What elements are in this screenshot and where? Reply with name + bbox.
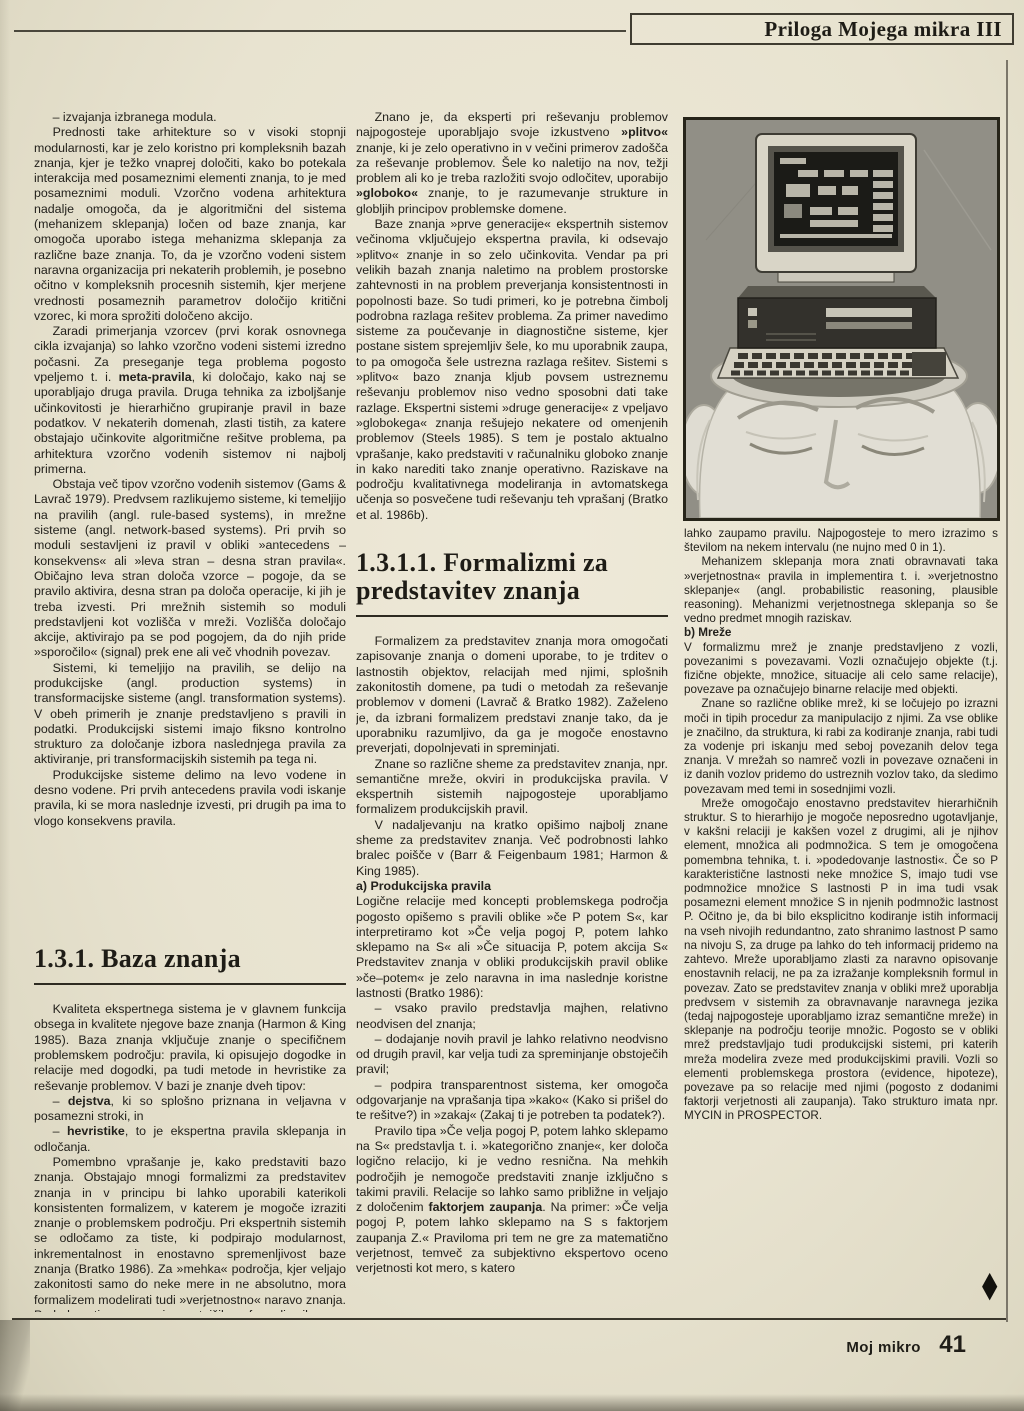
magazine-page: Priloga Mojega mikra III – izvajanja izb… [0, 0, 1024, 1411]
header-rule [14, 30, 626, 32]
system-unit [738, 286, 936, 348]
monitor [756, 134, 916, 282]
article-photo [683, 117, 1000, 521]
scan-bottom-shadow [0, 1394, 1024, 1411]
paragraph: V nadaljevanju na kratko opišimo najbolj… [356, 818, 668, 879]
page-right-rule [1006, 60, 1008, 1322]
text-column-right: lahko zaupamo pravilu. Najpogosteje to m… [684, 527, 998, 1319]
page-number: 41 [939, 1331, 966, 1358]
continuation-marker-icon: ◆ [982, 1262, 997, 1307]
paragraph: – dejstva, ki so splošno priznana in vel… [34, 1094, 346, 1125]
footer-rule [12, 1318, 1006, 1320]
paragraph: – dodajanje novih pravil je lahko relati… [356, 1032, 668, 1078]
paragraph: Formalizem za predstavitev znanja mora o… [356, 634, 668, 756]
edition-label-box: Priloga Mojega mikra III [630, 13, 1014, 45]
heading-underline-rule [34, 983, 346, 985]
magazine-name: Moj mikro [846, 1339, 920, 1356]
heading-underline-rule [356, 615, 668, 617]
paragraph: Mreže omogočajo enostavno predstavitev h… [684, 797, 998, 1124]
section-heading-1-3-1: 1.3.1. Baza znanja [34, 945, 346, 973]
paragraph: Mehanizem sklepanja mora znati obravnava… [684, 555, 998, 626]
paragraph: Znane so različne oblike mrež, ki se loč… [684, 697, 998, 796]
numeric-keypad [912, 352, 946, 376]
paragraph: Zaradi primerjanja vzorcev (prvi korak o… [34, 324, 346, 477]
paragraph: Sistemi, ki temeljijo na pravilih, se de… [34, 661, 346, 768]
paragraph: – izvajanja izbranega modula. [34, 110, 346, 125]
paragraph: Kvaliteta ekspertnega sistema je v glavn… [34, 1002, 346, 1094]
paragraph: Baze znanja »prve generacije« ekspertnih… [356, 217, 668, 523]
paragraph: Obstaja več tipov vzorčno vodenih sistem… [34, 477, 346, 661]
paragraph: Pravilo tipa »Če velja pogoj P, potem la… [356, 1124, 668, 1277]
paragraph: Znane so različne sheme za predstavitev … [356, 757, 668, 818]
paragraph: Produkcijske sisteme delimo na levo vode… [34, 768, 346, 829]
scan-edge-left [0, 0, 10, 1411]
floppy-drive-slot [826, 308, 912, 317]
section-heading-1-3-1-1: 1.3.1.1. Formalizmi za predstavitev znan… [356, 549, 668, 605]
paragraph: Prednosti take arhitekture so v visoki s… [34, 125, 346, 324]
page-footer: Moj mikro 41 [700, 1331, 966, 1359]
paragraph: – hevristike, to je ekspertna pravila sk… [34, 1124, 346, 1155]
computer-head-illustration [686, 120, 997, 518]
paragraph: Znano je, da eksperti pri reševanju prob… [356, 110, 668, 217]
paragraph: – vsako pravilo predstavlja majhen, rela… [356, 1001, 668, 1032]
keyboard [718, 348, 958, 378]
paragraph: Pomembno vprašanje je, kako predstaviti … [34, 1155, 346, 1312]
paragraph: Logične relacije med koncepti problemske… [356, 894, 668, 1001]
subsection-heading-a-produkcijska-pravila: a) Produkcijska pravila [356, 879, 668, 894]
text-column-middle: Znano je, da eksperti pri reševanju prob… [356, 110, 668, 1312]
subsection-heading-b-mreze: b) Mreže [684, 626, 998, 640]
paragraph: lahko zaupamo pravilu. Najpogosteje to m… [684, 527, 998, 555]
text-column-left: – izvajanja izbranega modula.Prednosti t… [34, 110, 346, 1312]
paragraph: – podpira transparentnost sistema, ker o… [356, 1078, 668, 1124]
paragraph: V formalizmu mrež je znanje predstavljen… [684, 641, 998, 698]
edition-label: Priloga Mojega mikra III [764, 17, 1002, 42]
